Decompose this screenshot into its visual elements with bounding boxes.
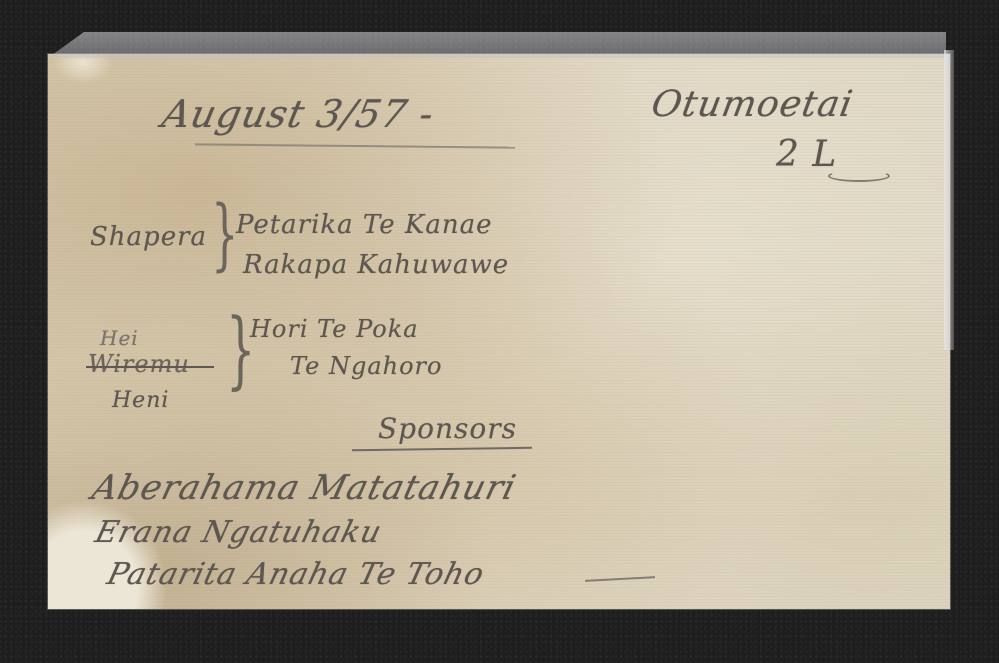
entry-1-name-1: Petarika Te Kanae [236,210,492,240]
paper-fade [53,54,113,84]
entry-2-label: Heni [112,388,169,413]
amount-flourish [828,170,890,182]
sponsors-heading: Sponsors [378,412,517,445]
entry-2-name-2: Te Ngahoro [290,352,442,380]
sponsor-name-1: Aberahama Matatahuri [88,468,520,508]
brace-1: } [211,190,238,280]
entry-1-name-2: Rakapa Kahuwawe [243,250,509,280]
entry-2-struck-label: Wiremu [88,350,190,378]
entry-1-label: Shapera [90,222,207,252]
place-name: Otumoetai [648,84,856,125]
strikethrough [86,366,214,368]
mylar-film-top [48,32,946,58]
sponsor-name-2: Erana Ngatuhaku [92,515,386,550]
mylar-film-right [944,50,954,350]
entry-2-mark: Hei [100,326,139,350]
entry-2-name-1: Hori Te Poka [250,315,419,343]
sponsor-name-3: Patarita Anaha Te Toho [104,557,489,592]
archival-scan: August 3/57 - Otumoetai 2 L Shapera } Pe… [0,0,999,663]
amount-note: 2 L [776,134,837,175]
entry-date: August 3/57 - [158,92,438,136]
